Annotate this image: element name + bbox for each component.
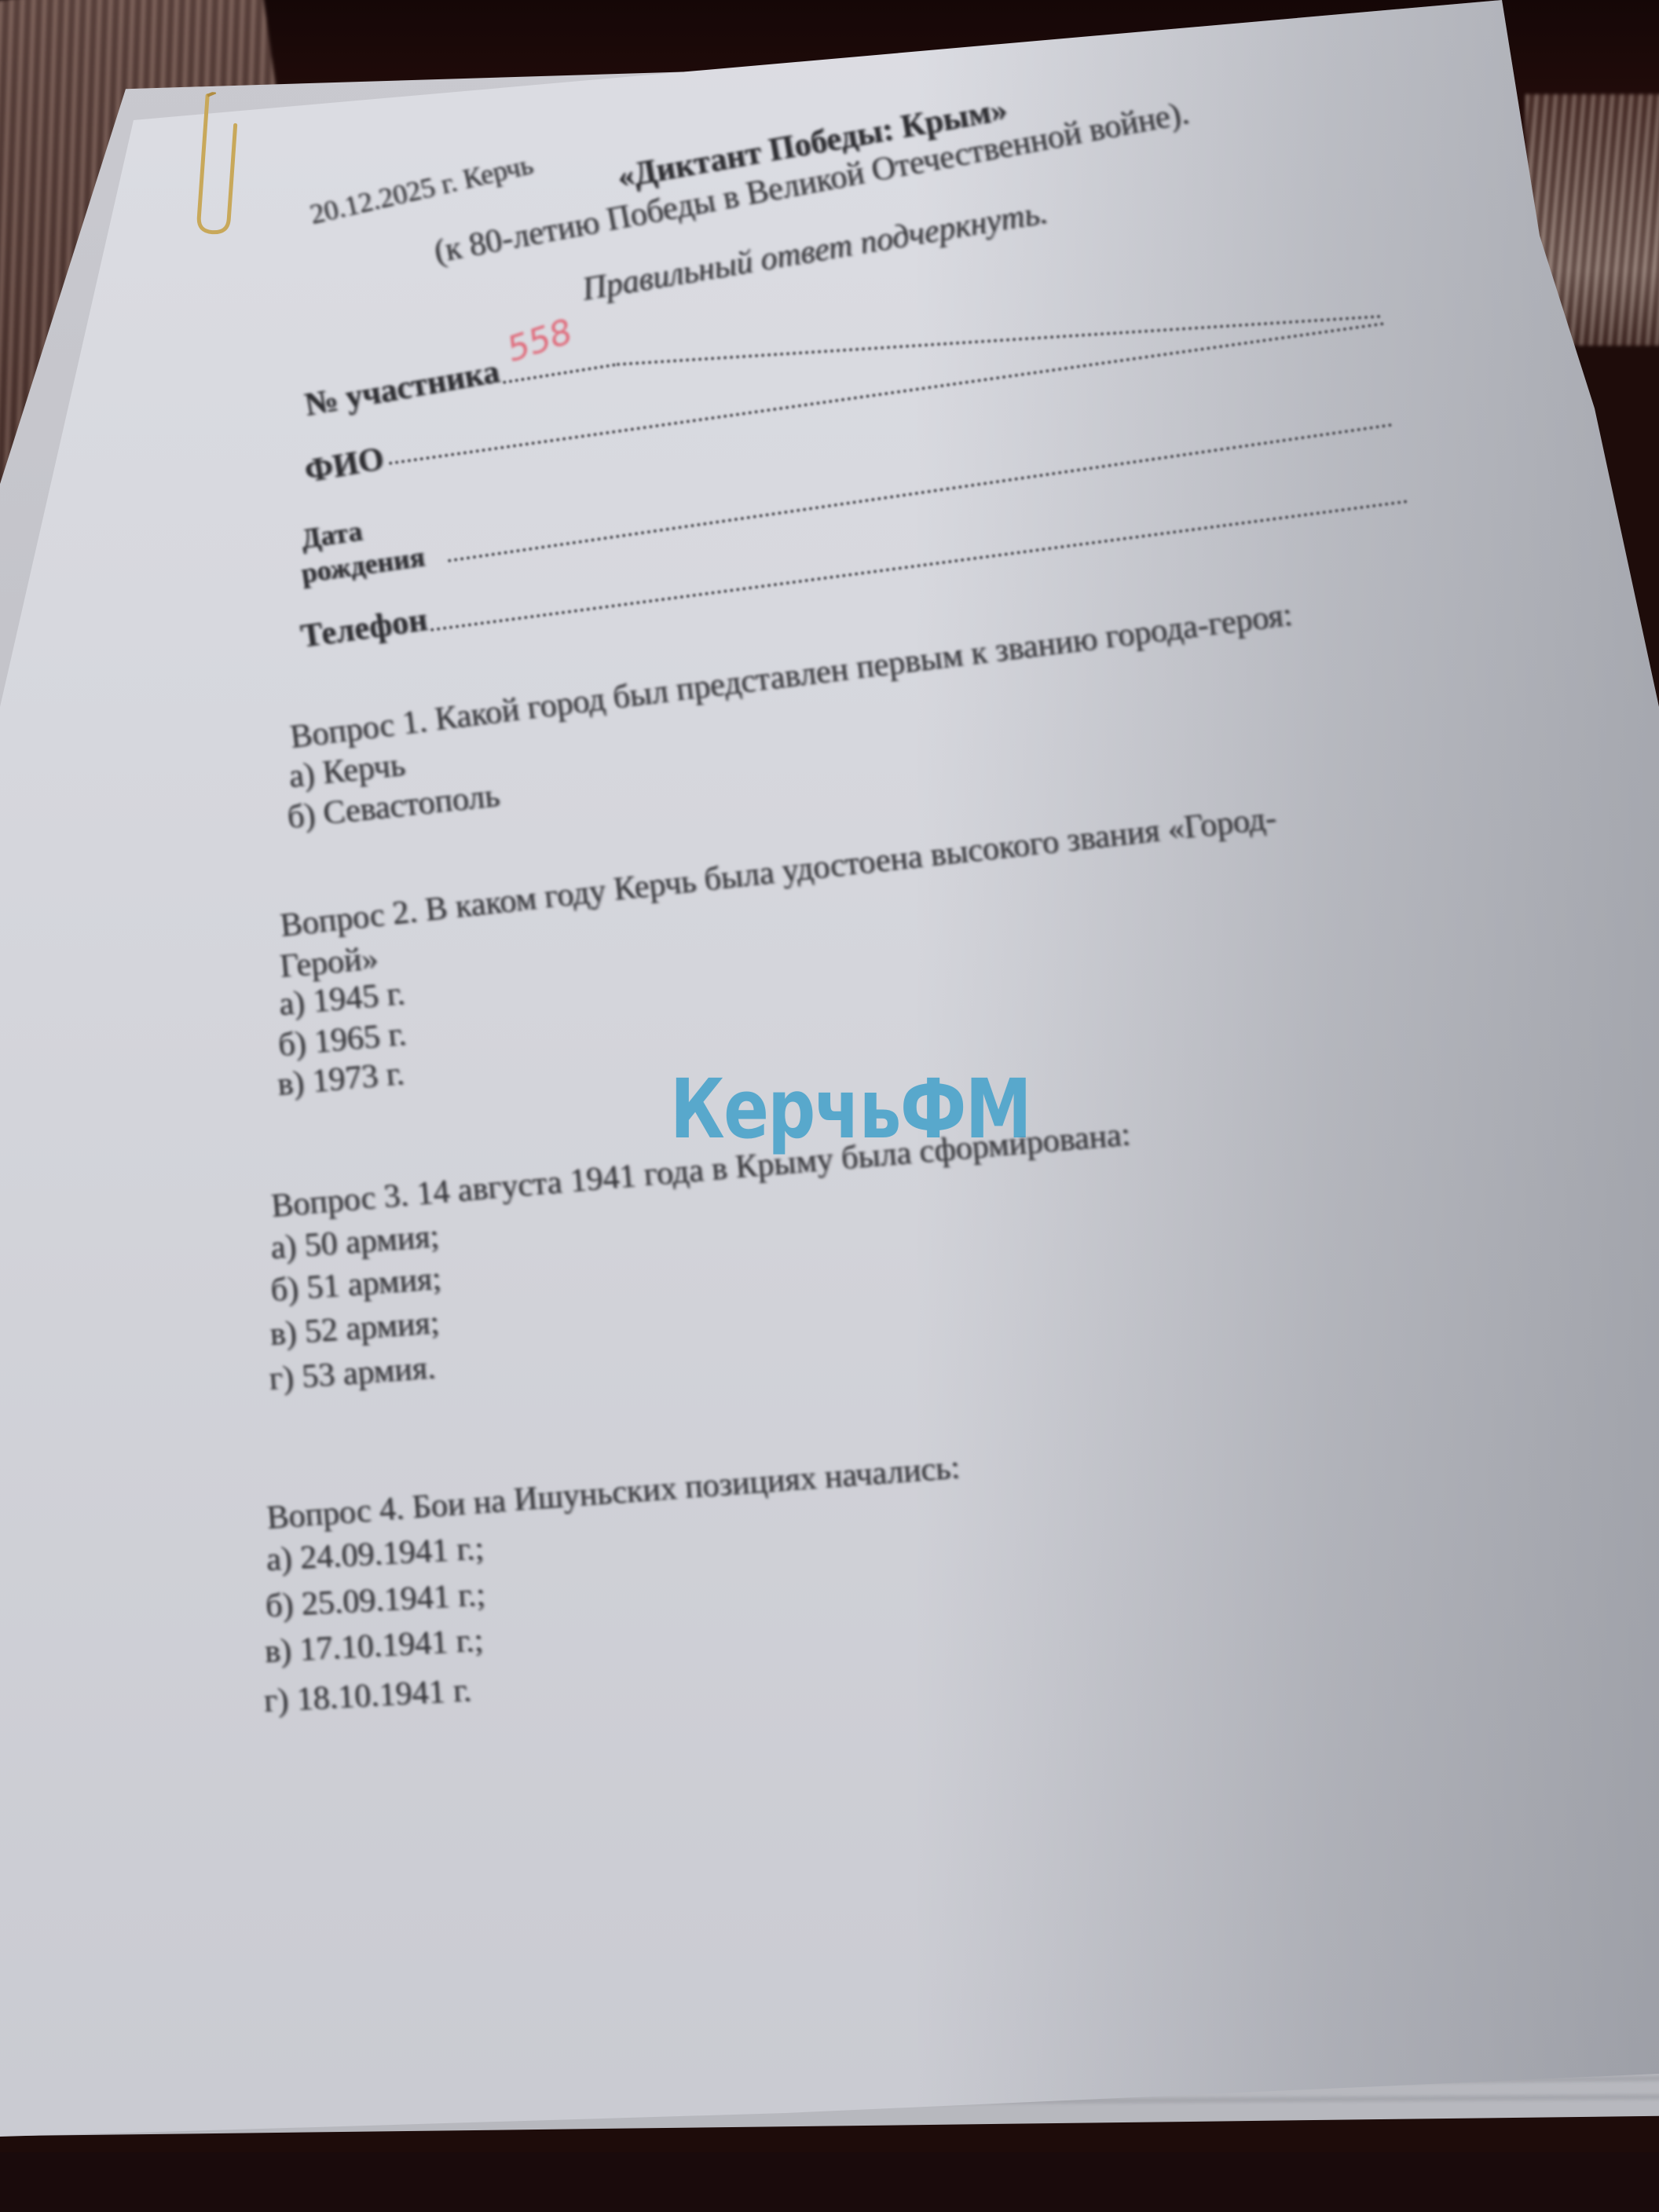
question-2-text-continued: Герой» [278,942,379,983]
table-surface [0,2152,1659,2212]
paperclip-icon [190,91,249,240]
